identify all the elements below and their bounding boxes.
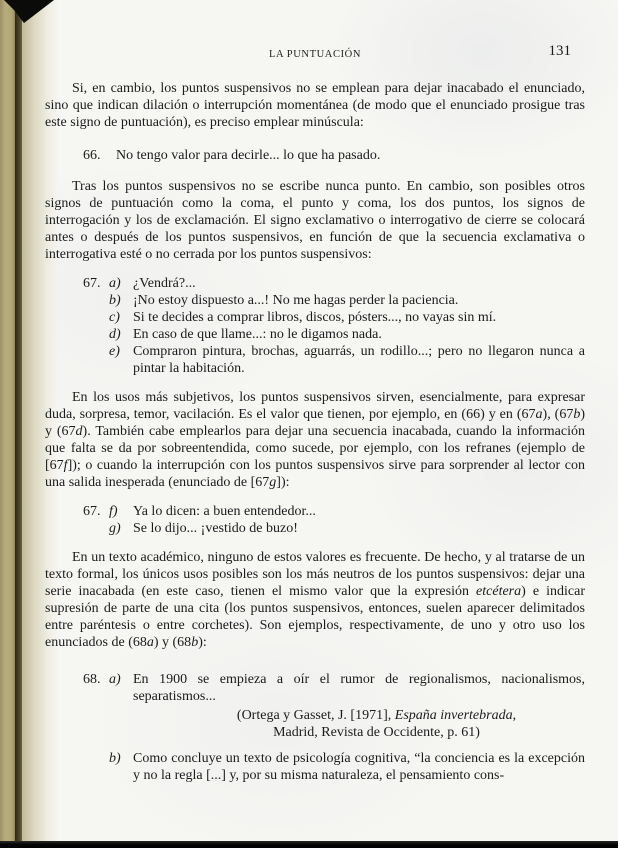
example-text: Se lo dijo... ¡vestido de buzo!	[133, 520, 585, 537]
paragraph-2: Tras los puntos suspensivos no se escrib…	[45, 178, 585, 263]
example-letter: c)	[109, 309, 133, 326]
example-row: 67. a) ¿Vendrá?...	[83, 275, 585, 292]
example-number: 67.	[83, 275, 109, 292]
example-row: 68. a) En 1900 se empieza a oír el rumor…	[83, 671, 585, 705]
example-text: ¿Vendrá?...	[133, 275, 585, 292]
example-letter: b)	[109, 292, 133, 309]
book-page-scan: LA PUNTUACIÓN 131 Si, en cambio, los pun…	[0, 0, 618, 848]
example-number: 66.	[83, 147, 116, 164]
example-text: Si te decides a comprar libros, discos, …	[133, 309, 585, 326]
page-header: LA PUNTUACIÓN 131	[45, 46, 585, 60]
paragraph-3: En los usos más subjetivos, los puntos s…	[45, 389, 585, 491]
book-cover-bottom-edge	[0, 841, 618, 848]
example-letter: d)	[109, 326, 133, 343]
example-row: b) ¡No estoy dispuesto a...! No me hagas…	[83, 292, 585, 309]
example-row: e) Compraron pintura, brochas, aguarrás,…	[83, 343, 585, 377]
page-content: LA PUNTUACIÓN 131 Si, en cambio, los pun…	[0, 0, 618, 841]
example-row: c) Si te decides a comprar libros, disco…	[83, 309, 585, 326]
example-67-fg: 67. f) Ya lo dicen: a buen entendedor...…	[83, 503, 585, 537]
example-66: 66. No tengo valor para decirle... lo qu…	[83, 147, 585, 164]
example-row: b) Como concluye un texto de psicología …	[83, 750, 585, 784]
example-text: Compraron pintura, brochas, aguarrás, un…	[133, 343, 585, 377]
example-68: 68. a) En 1900 se empieza a oír el rumor…	[83, 671, 585, 784]
citation-line: (Ortega y Gasset, J. [1971], España inve…	[168, 707, 585, 724]
example-number: 67.	[83, 503, 109, 520]
example-letter: a)	[109, 671, 133, 688]
page-number: 131	[549, 43, 572, 60]
example-67: 67. a) ¿Vendrá?... b) ¡No estoy dispuest…	[83, 275, 585, 377]
example-text: ¡No estoy dispuesto a...! No me hagas pe…	[133, 292, 585, 309]
running-title: LA PUNTUACIÓN	[45, 46, 585, 63]
example-letter: b)	[109, 750, 133, 767]
example-letter: a)	[109, 275, 133, 292]
bibliographic-citation: (Ortega y Gasset, J. [1971], España inve…	[133, 707, 585, 741]
paragraph-4: En un texto académico, ninguno de estos …	[45, 549, 585, 651]
example-row: 67. f) Ya lo dicen: a buen entendedor...	[83, 503, 585, 520]
example-letter: f)	[109, 503, 133, 520]
example-text: Ya lo dicen: a buen entendedor...	[133, 503, 585, 520]
example-row: d) En caso de que llame...: no le digamo…	[83, 326, 585, 343]
example-text: En caso de que llame...: no le digamos n…	[133, 326, 585, 343]
example-letter: g)	[109, 520, 133, 537]
example-text: Como concluye un texto de psicología cog…	[133, 750, 585, 784]
paragraph-1: Si, en cambio, los puntos suspensivos no…	[45, 80, 585, 131]
example-row: g) Se lo dijo... ¡vestido de buzo!	[83, 520, 585, 537]
example-row: 66. No tengo valor para decirle... lo qu…	[83, 147, 585, 164]
example-text: No tengo valor para decirle... lo que ha…	[116, 147, 585, 164]
example-number: 68.	[83, 671, 109, 688]
citation-line: Madrid, Revista de Occidente, p. 61)	[168, 724, 585, 741]
example-letter: e)	[109, 343, 133, 360]
example-text: En 1900 se empieza a oír el rumor de reg…	[133, 671, 585, 705]
